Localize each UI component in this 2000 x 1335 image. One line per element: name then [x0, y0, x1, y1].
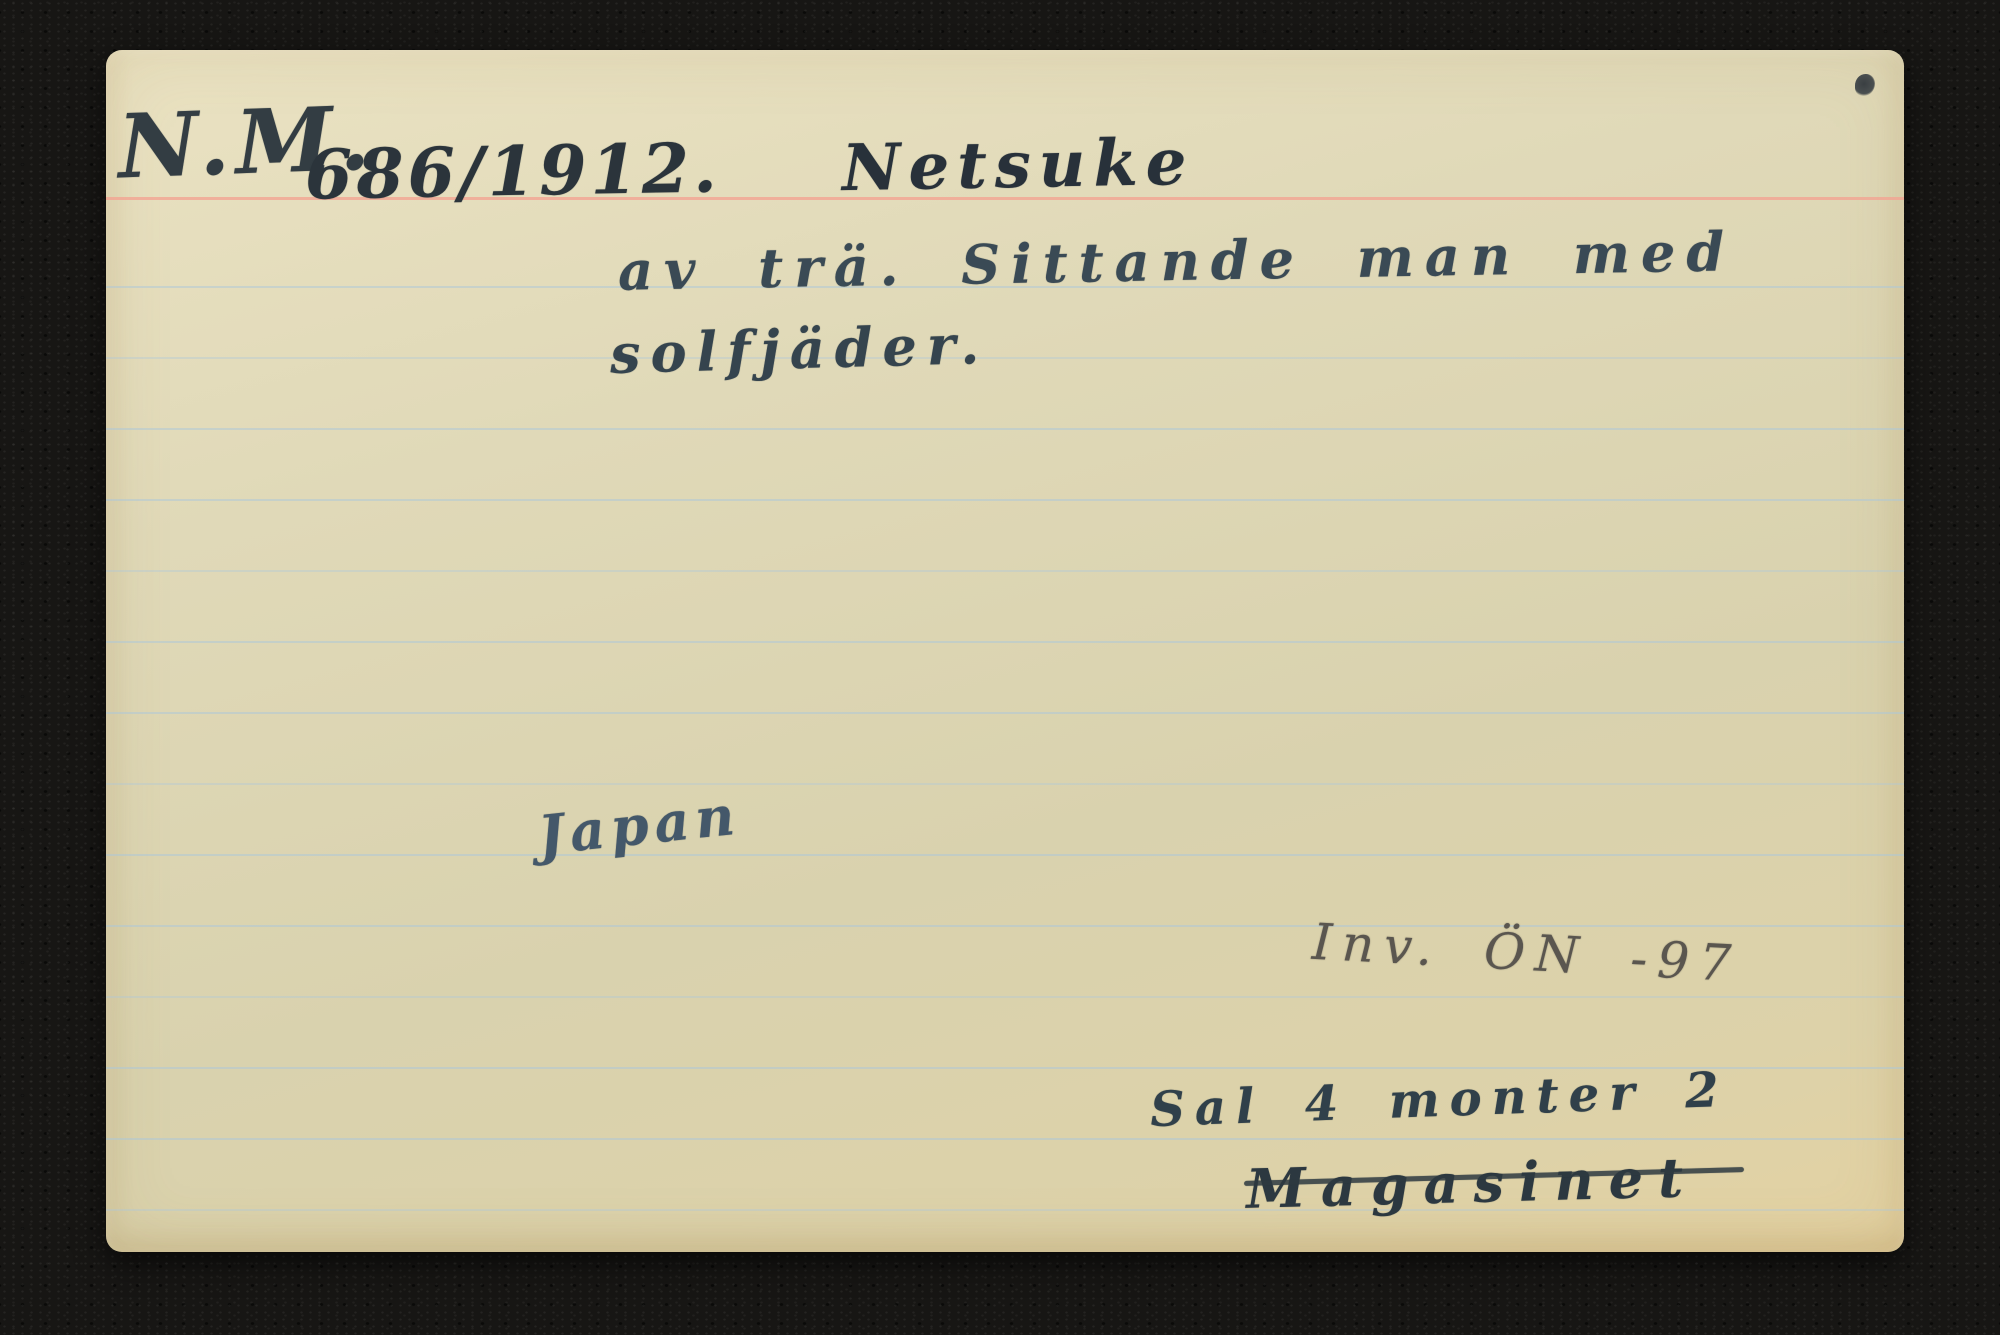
- object-title-handwriting: Netsuke: [841, 131, 1194, 201]
- inventory-note-pencil-handwriting: Inv. ÖN -97: [1311, 917, 1742, 989]
- index-card: N.M. 686/1912. Netsuke av trä. Sittande …: [106, 50, 1904, 1252]
- origin-handwriting: Japan: [536, 788, 743, 863]
- description-line-2-handwriting: solfjäder.: [609, 317, 989, 381]
- location-note-handwriting: Sal 4 monter 2: [1149, 1066, 1729, 1134]
- catalog-number-handwriting: 686/1912.: [304, 134, 721, 209]
- ink-dot: [1855, 74, 1875, 96]
- scan-background: N.M. 686/1912. Netsuke av trä. Sittande …: [0, 0, 2000, 1335]
